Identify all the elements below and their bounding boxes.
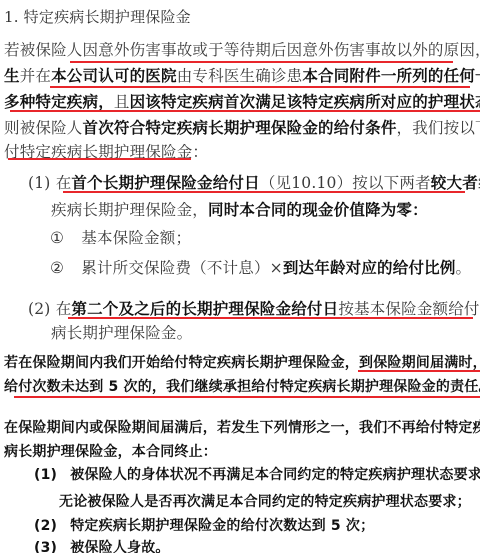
para3-line1: 在保险期间内或保险期间届满后，若发生下列情形之一，我们不再给付特定疾 (4, 418, 480, 438)
item-text: 被保险人身故。 (70, 540, 169, 553)
circled-number: ② (50, 259, 64, 277)
para1-line2: 生并在本公司认可的医院由专科医生确诊患本合同附件一所列的任何一种或 (4, 66, 480, 86)
text-span: （见10.10）按以下两者 (260, 174, 431, 192)
text-span: 疾病长期护理保险金， (51, 201, 208, 219)
item-number: (2) (34, 518, 57, 534)
text-span: 基本保险金额； (81, 229, 191, 247)
text-span: 由专科医生确诊患 (177, 67, 303, 85)
text-span-bold: 本公司认可的医院 (51, 67, 177, 85)
text-span-bold: 本合同附件一所列的任何一种或 (302, 67, 480, 85)
para1-line3: 多种特定疾病，且因该特定疾病首次满足该特定疾病所对应的护理状态要求， (4, 92, 480, 112)
para1-line1: 若被保险人因意外伤害事故或于等待期后因意外伤害事故以外的原因，首次发 (4, 40, 480, 60)
text-span: 病长期护理保险金。 (51, 324, 192, 342)
para3-item3: (3) 被保险人身故。 (34, 538, 170, 553)
red-underline (14, 396, 480, 398)
section-title: 1. 特定疾病长期护理保险金 (4, 7, 191, 27)
text-span-bold: 多种特定疾病， (4, 93, 114, 111)
text-span: 且 (114, 93, 130, 111)
red-underline (70, 61, 453, 63)
text-span: 。 (456, 259, 472, 277)
item1-sub2: ② 累计所交保险费（不计息）×到达年龄对应的给付比例。 (50, 258, 471, 278)
text-span-bold: 首个长期护理保险金给付日 (71, 174, 259, 192)
item-text: 特定疾病长期护理保险金的给付次数达到 5 次； (70, 518, 374, 534)
para3-item1-line1: (1) 被保险人的身体状况不再满足本合同约定的特定疾病护理状态要求， (34, 465, 480, 485)
text-span: 则被保险人 (4, 119, 83, 137)
red-underline (358, 370, 480, 372)
item-text: 被保险人的身体状况不再满足本合同约定的特定疾病护理状态要求， (70, 467, 480, 483)
red-underline (10, 110, 480, 112)
text-span-bold: 因该特定疾病首次满足该特定疾病所对应的护理状态要求， (130, 93, 480, 111)
text-span-bold: 第二个及之后的长期护理保险金给付日 (71, 300, 338, 318)
item2-line2: 病长期护理保险金。 (51, 323, 192, 343)
circled-number: ① (50, 229, 64, 247)
text-span: 因意外伤害事故或于等待期后因意外伤害事故以外的原因， (83, 41, 480, 59)
item-number: (1) (28, 174, 51, 192)
item1-line1: (1) 在首个长期护理保险金给付日（见10.10）按以下两者较大者给付特定 (28, 173, 480, 193)
text-span: 若被保险人 (4, 41, 83, 59)
red-underline (50, 86, 470, 88)
text-span: 并在 (20, 67, 51, 85)
red-underline (8, 158, 191, 160)
text-span: 按基本保险金额给付特定疾 (338, 300, 480, 318)
red-underline (68, 317, 473, 319)
item1-line2: 疾病长期护理保险金，同时本合同的现金价值降为零： (51, 200, 428, 220)
item-number: (3) (34, 540, 57, 553)
text-span-bold: 到达年龄对应的给付比例 (283, 259, 456, 277)
text-span: 在 (56, 300, 72, 318)
red-underline (63, 191, 465, 193)
text-span: ，我们按以下方式给 (397, 119, 480, 137)
para3-item1-line2: 无论被保险人是否再次满足本合同约定的特定疾病护理状态要求； (59, 492, 471, 512)
item1-sub1: ① 基本保险金额； (50, 228, 191, 248)
text-span-bold: 同时本合同的现金价值降为零： (208, 201, 428, 219)
para3-line2: 病长期护理保险金，本合同终止： (4, 442, 217, 462)
text-span-bold: 较大者 (431, 174, 478, 192)
text-span: 累计所交保险费（不计息）× (81, 259, 283, 277)
item2-line1: (2) 在第二个及之后的长期护理保险金给付日按基本保险金额给付特定疾 (28, 299, 480, 319)
para1-line4: 则被保险人首次符合特定疾病长期护理保险金的给付条件，我们按以下方式给 (4, 118, 480, 138)
text-span: 在 (56, 174, 72, 192)
item-number: (1) (34, 467, 57, 483)
text-span-bold: 生 (4, 67, 20, 85)
para3-item2: (2) 特定疾病长期护理保险金的给付次数达到 5 次； (34, 516, 374, 536)
item-number: (2) (28, 300, 51, 318)
para2-line2: 给付次数未达到 5 次的，我们继续承担给付特定疾病长期护理保险金的责任。 (4, 377, 480, 397)
text-span-bold: 首次符合特定疾病长期护理保险金的给付条件 (83, 119, 397, 137)
